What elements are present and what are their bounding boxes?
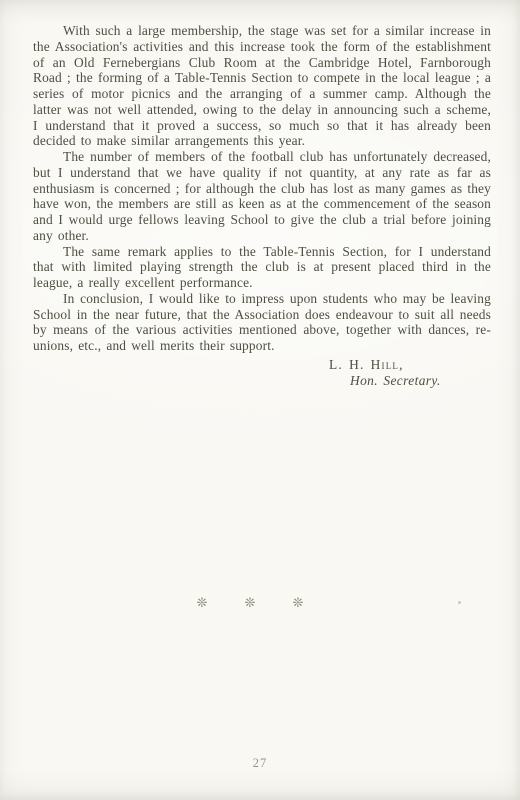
scanned-book-page: { "document": { "paragraphs": [ { "text"… [0, 0, 520, 800]
paragraph-conclusion: In conclusion, I would like to impress u… [33, 291, 491, 354]
scan-speck [458, 601, 461, 604]
fleuron-icon: ❊ [243, 595, 257, 611]
paragraph-membership: With such a large membership, the stage … [33, 23, 491, 149]
section-divider-ornaments: ❊ ❊ ❊ [195, 595, 305, 611]
signature-name: L. H. Hill, [329, 357, 491, 373]
paragraph-football-club: The number of members of the football cl… [33, 149, 491, 244]
signature-block: L. H. Hill, Hon. Secretary. [329, 357, 491, 389]
page-number: 27 [0, 756, 520, 771]
signature-title: Hon. Secretary. [350, 373, 491, 389]
fleuron-icon: ❊ [291, 595, 305, 611]
fleuron-icon: ❊ [195, 595, 209, 611]
paragraph-table-tennis: The same remark applies to the Table-Ten… [33, 244, 491, 291]
body-text: With such a large membership, the stage … [33, 23, 491, 389]
